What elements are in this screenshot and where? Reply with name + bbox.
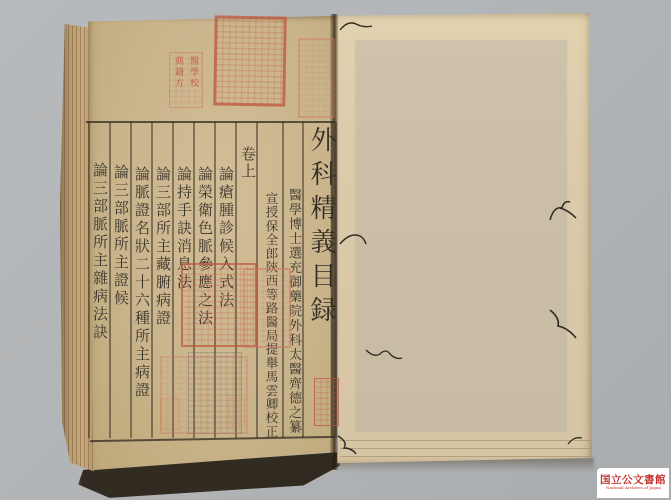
- collection-seal-large: [213, 15, 287, 106]
- photo-background: 外科精義目録 醫學博士選充御藥院外科太醫齊德之纂 宣授保全郎陝西等路醫局提舉馬雲…: [0, 0, 671, 500]
- archive-watermark: 国立公文書館 National Archives of Japan: [597, 468, 669, 498]
- book-title-column: 外科精義目録: [303, 126, 340, 334]
- toc-entry-column: 論三部所主藏腑病證: [153, 166, 174, 334]
- interleaf-show-through: [355, 40, 567, 432]
- volume-heading: 卷上: [238, 146, 259, 186]
- library-seal-small: 醫學校 典籍方: [169, 52, 203, 108]
- library-seal-text-right: 醫學校: [187, 56, 200, 89]
- library-seal-text-left: 典籍方: [172, 56, 185, 89]
- watermark-english-text: National Archives of Japan: [606, 487, 661, 491]
- gutter-seal-top: [298, 38, 335, 118]
- seal-fragment: [228, 398, 245, 426]
- watermark-japanese-text: 国立公文書館: [600, 475, 666, 486]
- toc-entry-column: 論脈證名狀二十六種所主病證: [132, 166, 153, 406]
- seal-fragment: [160, 398, 179, 430]
- paper-fiber: [364, 340, 404, 366]
- paper-fiber: [334, 432, 360, 458]
- right-page-sheet-edges: [340, 440, 590, 462]
- paper-fiber: [338, 228, 368, 250]
- paper-fiber: [546, 306, 580, 342]
- mid-page-seal-right: [243, 268, 291, 348]
- toc-entry-column: 論三部脈所主證候: [111, 164, 132, 314]
- paper-fiber: [338, 16, 374, 40]
- toc-entry-column: 論三部脈所主雜病法訣: [90, 162, 111, 348]
- paper-fiber: [546, 198, 580, 226]
- text-block-frame-top: [86, 121, 335, 123]
- gutter-seal-bottom: [314, 378, 339, 426]
- paper-fiber: [566, 432, 584, 448]
